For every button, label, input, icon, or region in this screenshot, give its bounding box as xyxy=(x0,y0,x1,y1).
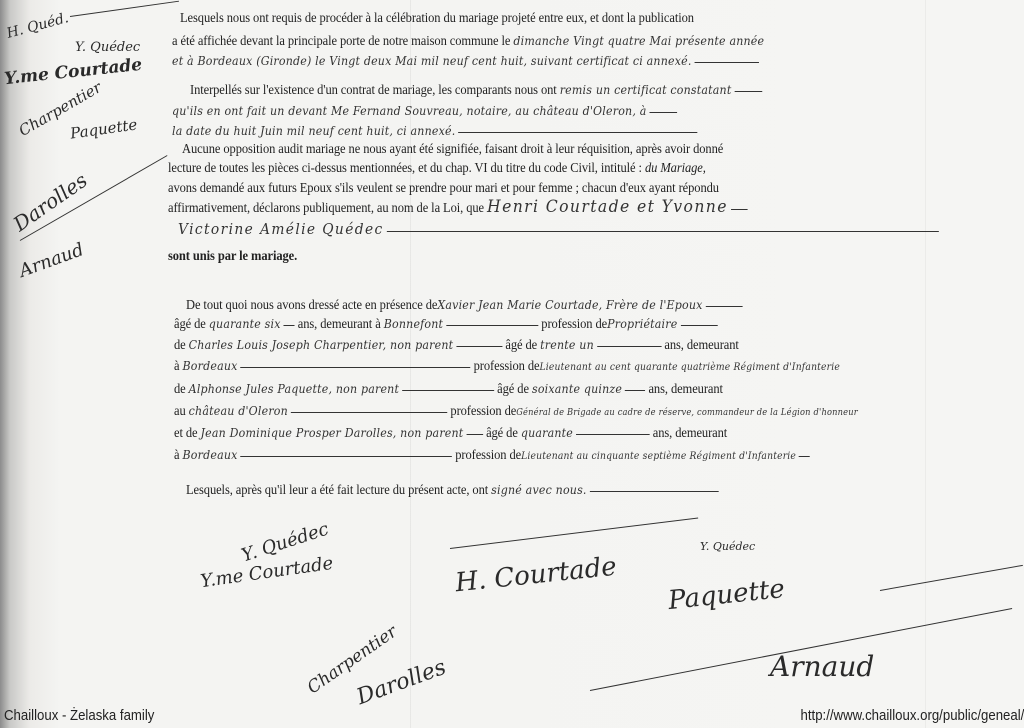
printed-text: de xyxy=(174,337,186,352)
witness-profession: Lieutenant au cinquante septième Régimen… xyxy=(521,451,796,462)
signature-flourish xyxy=(450,518,698,549)
witness-age: trente un xyxy=(540,338,594,352)
witness-line: au château d'Oleron profession deGénéral… xyxy=(174,403,858,421)
footer-url: http://www.chailloux.org/public/geneal/ xyxy=(800,707,1024,724)
printed-text: âgé de xyxy=(174,316,206,331)
printed-text: profession de xyxy=(541,316,607,331)
witness-line: à Bordeaux profession deLieutenant au ce… xyxy=(174,358,840,376)
signature-flourish xyxy=(70,1,179,17)
signature: Y. Quédec xyxy=(700,540,755,553)
printed-text: Interpellés sur l'existence d'un contrat… xyxy=(190,82,557,97)
signature-flourish xyxy=(880,565,1023,591)
witness-age: soixante quinze xyxy=(532,382,622,396)
printed-text: profession de xyxy=(450,403,516,418)
handwritten-text: Henri Courtade et Yvonne xyxy=(487,197,728,217)
printed-text: de xyxy=(174,381,186,396)
printed-text: ans, demeurant à xyxy=(298,316,381,331)
text-line: la date du huit Juin mil neuf cent huit,… xyxy=(172,123,698,139)
witness-line: De tout quoi nous avons dressé acte en p… xyxy=(186,297,742,313)
printed-text: lecture de toutes les pièces ci-dessus m… xyxy=(168,160,642,175)
printed-text: ans, demeurant xyxy=(653,425,727,440)
signature: Paquette xyxy=(667,574,786,616)
printed-text: âgé de xyxy=(497,381,529,396)
text-line: avons demandé aux futurs Epoux s'ils veu… xyxy=(168,180,719,196)
signature: Darolles xyxy=(354,655,450,710)
printed-text: et de xyxy=(174,425,198,440)
printed-text: profession de xyxy=(474,358,540,373)
printed-text: du Mariage, xyxy=(645,160,706,175)
text-line: qu'ils en ont fait un devant Me Fernand … xyxy=(172,103,677,119)
text-line: affirmativement, déclarons publiquement,… xyxy=(168,199,747,216)
document-scan: H. Quéd. Y. Quédec Y.me Courtade Charpen… xyxy=(0,0,1024,728)
text-line: a été affichée devant la principale port… xyxy=(172,33,764,49)
witness-line: et de Jean Dominique Prosper Darolles, n… xyxy=(174,425,727,441)
printed-text: à xyxy=(174,358,179,373)
witness-profession: Propriétaire xyxy=(607,317,677,331)
signature: H. Courtade xyxy=(454,552,618,599)
printed-text: ans, demeurant xyxy=(648,381,722,396)
handwritten-text: remis un certificat constatant xyxy=(560,83,732,97)
printed-text: avons demandé aux futurs Epoux s'ils veu… xyxy=(168,180,719,195)
printed-text: au xyxy=(174,403,186,418)
margin-signature: Y.me Courtade xyxy=(3,55,143,89)
handwritten-text: la date du huit Juin mil neuf cent huit,… xyxy=(172,124,455,138)
witness-name: Charles Louis Joseph Charpentier, non pa… xyxy=(189,338,454,352)
text-line: sont unis par le mariage. xyxy=(168,248,297,264)
handwritten-text: qu'ils en ont fait un devant Me Fernand … xyxy=(172,104,646,118)
printed-text: a été affichée devant la principale port… xyxy=(172,33,510,48)
witness-profession: Général de Brigade au cadre de réserve, … xyxy=(516,408,858,418)
printed-text: De tout quoi nous avons dressé acte en p… xyxy=(186,297,437,312)
page-fold xyxy=(925,0,926,728)
printed-text: Lesquels, après qu'il leur a été fait le… xyxy=(186,482,488,497)
printed-text: sont unis par le mariage. xyxy=(168,248,297,263)
witness-residence: Bordeaux xyxy=(183,359,238,373)
margin-signature: H. Quéd. xyxy=(5,10,70,42)
witness-profession: Lieutenant au cent quarante quatrième Ré… xyxy=(539,362,840,373)
witness-name: Jean Dominique Prosper Darolles, non par… xyxy=(201,426,464,440)
handwritten-text: dimanche Vingt quatre Mai présente année xyxy=(513,34,764,48)
witness-residence: Bordeaux xyxy=(183,448,238,462)
handwritten-text: et à Bordeaux (Gironde) le Vingt deux Ma… xyxy=(172,54,692,68)
witness-residence: château d'Oleron xyxy=(189,404,288,418)
margin-signature: Arnaud xyxy=(16,239,86,282)
text-line: Victorine Amélie Quédec xyxy=(178,221,939,238)
printed-text: à xyxy=(174,447,179,462)
printed-text: Aucune opposition audit mariage ne nous … xyxy=(182,141,723,156)
printed-text: ans, demeurant xyxy=(664,337,738,352)
printed-text: profession de xyxy=(455,447,521,462)
handwritten-text: signé avec nous. xyxy=(491,483,586,497)
witness-line: de Charles Louis Joseph Charpentier, non… xyxy=(174,337,739,353)
handwritten-text: Victorine Amélie Quédec xyxy=(178,220,384,238)
witness-line: âgé de quarante six ans, demeurant à Bon… xyxy=(174,316,717,332)
text-line: Lesquels nous ont requis de procéder à l… xyxy=(180,10,694,26)
text-line: Aucune opposition audit mariage ne nous … xyxy=(182,141,723,157)
witness-line: de Alphonse Jules Paquette, non parent â… xyxy=(174,381,723,397)
margin-signature: Paquette xyxy=(69,115,138,142)
margin-signature: Y. Quédec xyxy=(75,40,140,55)
witness-name: Xavier Jean Marie Courtade, Frère de l'E… xyxy=(437,298,702,312)
witness-name: Alphonse Jules Paquette, non parent xyxy=(189,382,399,396)
witness-residence: Bonnefont xyxy=(384,317,443,331)
margin-signature: Darolles xyxy=(9,168,92,236)
printed-text: Lesquels nous ont requis de procéder à l… xyxy=(180,10,694,25)
text-line: lecture de toutes les pièces ci-dessus m… xyxy=(168,160,706,176)
closing-line: Lesquels, après qu'il leur a été fait le… xyxy=(186,482,718,498)
witness-age: quarante xyxy=(521,426,573,440)
footer-family-label: Chailloux - Żelaska family xyxy=(4,707,154,724)
text-line: et à Bordeaux (Gironde) le Vingt deux Ma… xyxy=(172,53,759,69)
printed-text: affirmativement, déclarons publiquement,… xyxy=(168,200,484,215)
signature: Arnaud xyxy=(770,650,874,683)
witness-line: à Bordeaux profession deLieutenant au ci… xyxy=(174,447,810,465)
text-line: Interpellés sur l'existence d'un contrat… xyxy=(190,82,762,98)
witness-age: quarante six xyxy=(209,317,281,331)
printed-text: âgé de xyxy=(505,337,537,352)
printed-text: âgé de xyxy=(486,425,518,440)
